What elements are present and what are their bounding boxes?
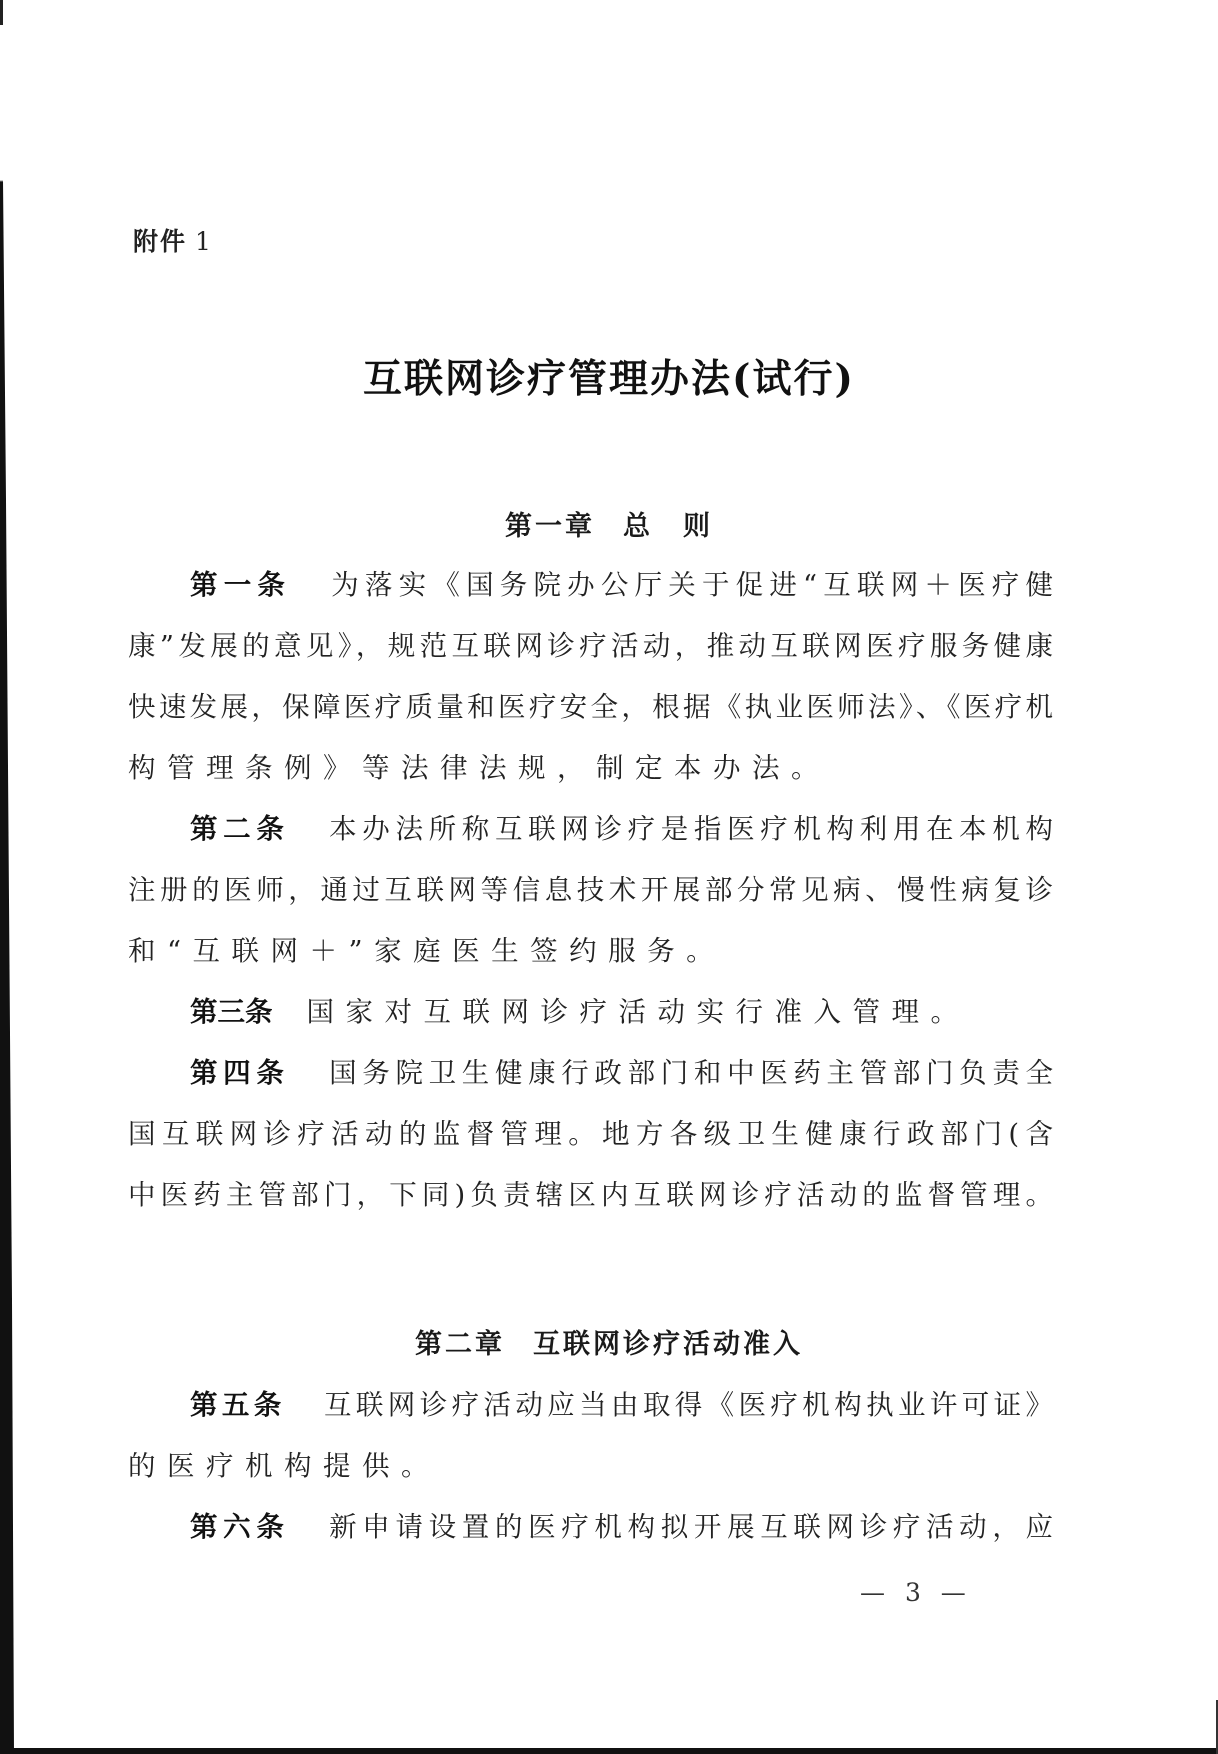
chapter-number: 第二章 bbox=[415, 1329, 505, 1360]
chapter-name: 总 则 bbox=[623, 511, 713, 542]
article-text: 国务院卫生健康行政部门和中医药主管部门负责全 bbox=[323, 1057, 1053, 1089]
scan-edge-left bbox=[0, 0, 14, 1754]
article-1-line-3: 快速发展，保障医疗质量和医疗安全，根据《执业医师法》、《医疗机 bbox=[128, 689, 1053, 725]
article-heading: 第四条 bbox=[190, 1057, 289, 1089]
article-6-line-1: 第六条新申请设置的医疗机构拟开展互联网诊疗活动，应 bbox=[190, 1509, 1053, 1545]
chapter-name: 互联网诊疗活动准入 bbox=[533, 1329, 803, 1360]
article-heading: 第六条 bbox=[190, 1511, 289, 1543]
article-5-line-2: 的医疗机构提供。 bbox=[128, 1448, 1053, 1484]
scan-edge-bottom bbox=[0, 1748, 1218, 1754]
article-5-line-1: 第五条互联网诊疗活动应当由取得《医疗机构执业许可证》 bbox=[190, 1387, 1053, 1423]
article-text: 本办法所称互联网诊疗是指医疗机构利用在本机构 bbox=[323, 813, 1053, 845]
article-4-line-1: 第四条国务院卫生健康行政部门和中医药主管部门负责全 bbox=[190, 1055, 1053, 1091]
article-1-line-4: 构管理条例》等法律法规，制定本办法。 bbox=[128, 750, 1053, 786]
chapter-heading-2: 第二章互联网诊疗活动准入 bbox=[0, 1322, 1218, 1361]
article-heading: 第二条 bbox=[190, 813, 289, 845]
attachment-label-text: 附件 bbox=[133, 227, 187, 256]
document-title: 互联网诊疗管理办法(试行) bbox=[0, 348, 1218, 404]
article-1-line-1: 第一条为落实《国务院办公厅关于促进“互联网＋医疗健 bbox=[190, 567, 1053, 603]
chapter-heading-1: 第一章总 则 bbox=[0, 504, 1218, 543]
article-text: 新申请设置的医疗机构拟开展互联网诊疗活动，应 bbox=[323, 1511, 1053, 1543]
article-2-line-3: 和“互联网＋”家庭医生签约服务。 bbox=[128, 933, 1053, 969]
article-1-line-2: 康”发展的意见》，规范互联网诊疗活动，推动互联网医疗服务健康 bbox=[128, 628, 1053, 664]
attachment-label: 附件1 bbox=[133, 222, 213, 258]
attachment-number: 1 bbox=[195, 227, 213, 256]
article-text: 为落实《国务院办公厅关于促进“互联网＋医疗健 bbox=[325, 569, 1053, 601]
article-2-line-2: 注册的医师，通过互联网等信息技术开展部分常见病、慢性病复诊 bbox=[128, 872, 1053, 908]
article-heading: 第三条 bbox=[190, 996, 273, 1028]
article-text: 互联网诊疗活动应当由取得《医疗机构执业许可证》 bbox=[320, 1389, 1053, 1421]
chapter-number: 第一章 bbox=[505, 511, 595, 542]
article-2-line-1: 第二条本办法所称互联网诊疗是指医疗机构利用在本机构 bbox=[190, 811, 1053, 847]
article-heading: 第一条 bbox=[190, 569, 291, 601]
article-4-line-3: 中医药主管部门，下同)负责辖区内互联网诊疗活动的监督管理。 bbox=[128, 1177, 1053, 1213]
page-number: — 3 — bbox=[860, 1578, 972, 1607]
article-3-line-1: 第三条国家对互联网诊疗活动实行准入管理。 bbox=[190, 994, 1053, 1030]
article-heading: 第五条 bbox=[190, 1389, 286, 1421]
article-text: 国家对互联网诊疗活动实行准入管理。 bbox=[307, 996, 970, 1028]
article-4-line-2: 国互联网诊疗活动的监督管理。地方各级卫生健康行政部门(含 bbox=[128, 1116, 1053, 1152]
